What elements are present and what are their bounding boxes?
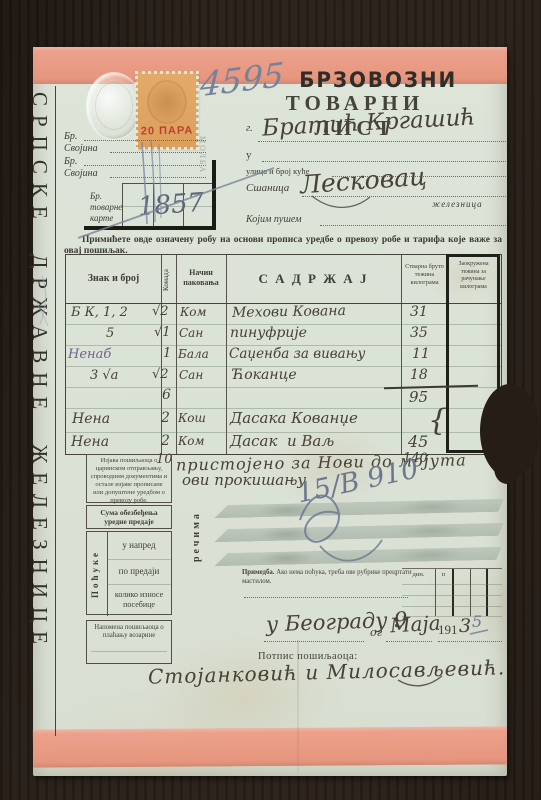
row2-tezina: 35 — [410, 325, 428, 341]
row5-tezina: 95 — [409, 388, 428, 406]
card-label-line2: товарне — [90, 202, 122, 213]
customs-declaration-box: Изјава пошиљаоца о царинском отправљању,… — [86, 454, 172, 503]
row6-znak: Нена — [72, 411, 110, 427]
charges-row-prepaid: у напред — [107, 540, 171, 550]
row4-nacin: Сан — [179, 368, 203, 382]
spine-railway-title: СРПСКЕ ДРЖАВНЕ ЖЕЛЕЗНИЦЕ — [28, 92, 52, 736]
to-label: у — [246, 149, 252, 161]
svojina2-label: Својина — [64, 168, 98, 179]
br2-label: Бр. — [64, 156, 77, 167]
charges-row-rule — [107, 559, 171, 560]
header-zaokruzena: Заокружена тежина за рачунање килограма — [449, 261, 498, 291]
freight-payment-note-text: Напомена пошиљаоца о плаћању возарине — [87, 624, 171, 641]
card-label-line1: Бр. — [90, 191, 122, 202]
br1-label: Бр. — [64, 131, 77, 142]
delivery-sum-line1: Сума обезбеђења — [87, 508, 171, 517]
br2-line — [84, 165, 206, 166]
embossed-seal — [86, 72, 142, 140]
remark-line — [244, 597, 408, 598]
mini-table-header-din: дин. — [402, 571, 435, 578]
header-bruto: Стварна бруто тежина килограма — [402, 263, 447, 287]
embossed-seal-inner-ring — [95, 82, 133, 130]
charges-row-ondelivery: по предаји — [107, 566, 171, 576]
date-place-handwritten: у Београду 9 — [266, 608, 408, 637]
card-label-line3: карте — [90, 213, 122, 224]
mini-table-row-rule — [402, 595, 502, 596]
document-title-line1: БРЗОВОЗНИ — [299, 68, 424, 92]
route-line — [320, 225, 506, 226]
date-line-2 — [386, 641, 432, 642]
remark-block: Примедба. Ако нема поћука, треба ове руб… — [242, 569, 412, 587]
svojina2-line — [110, 177, 206, 178]
row1-nacin: Ком — [180, 305, 206, 319]
header-sadrzaj: С А Д Р Ж А Ј — [226, 271, 401, 287]
station-line — [302, 196, 506, 197]
row4-znak: 3 √а — [90, 368, 118, 383]
mini-table-rule — [435, 569, 436, 616]
shipper-note-line2: ови прокишању — [182, 471, 306, 489]
bottom-pink-band — [33, 726, 507, 767]
card-thick-rule-vertical — [212, 160, 216, 230]
row4-tezina: 18 — [410, 367, 428, 383]
mini-table-thick-rule — [452, 569, 454, 616]
row7-znak: Нена — [71, 434, 109, 450]
date-line-1 — [264, 641, 364, 642]
row2-sadrzaj: пинуфрије — [230, 325, 307, 341]
row1-komada: √2 — [152, 304, 169, 319]
row7-tezina: 45 — [408, 432, 428, 451]
station-label: Сшаница — [246, 182, 289, 194]
row2-nacin: Сан — [179, 326, 203, 340]
row3-nacin: Бала — [178, 347, 209, 361]
freight-payment-note-box: Напомена пошиљаоца о плаћању возарине — [86, 620, 172, 664]
row4-sadrzaj: Ћоканце — [232, 367, 297, 383]
stamp-value-overprint: 20 ПАРА — [136, 124, 198, 137]
date-og-handwritten: ог — [370, 626, 382, 639]
rows-brace: { — [428, 403, 447, 438]
photo-of-waybill: СРПСКЕ ДРЖАВНЕ ЖЕЛЕЗНИЦЕ 20 ПАРА МОЛБА 4… — [0, 0, 541, 800]
br1-line — [84, 140, 206, 141]
row3-sadrzaj: Саџенба за вивању — [229, 346, 365, 362]
date-pencil-correction: 5 — [472, 612, 482, 631]
charges-box: Поћуке у напред по предаји колико износе… — [86, 531, 172, 615]
date-month-handwritten: Маја — [389, 611, 441, 638]
date-year-handwritten: 3 — [459, 615, 471, 637]
mini-table-row-rule — [402, 584, 502, 585]
revenue-stamp: 20 ПАРА — [136, 72, 198, 149]
stamp-emblem — [147, 80, 187, 124]
charges-row-rule — [107, 584, 171, 585]
card-label: Бр. товарне карте — [90, 191, 122, 223]
in-words-vertical-label: речима — [191, 504, 208, 570]
mini-table-header-para: п — [435, 571, 452, 578]
row5-komada: 6 — [162, 387, 171, 403]
row4-komada: √2 — [152, 367, 169, 382]
addressee-prefix-label: г. — [246, 122, 253, 134]
mini-table-rule — [470, 569, 471, 616]
freight-payment-note-line — [91, 651, 167, 652]
railway-label: железница — [432, 199, 483, 209]
stamp-watermark-text: МОЛБА — [198, 136, 207, 174]
charges-row-separately: колико износе посебице — [107, 590, 171, 610]
goods-table: Знак и број Комада Начин паковања С А Д … — [65, 254, 502, 455]
header-komada: Комада — [162, 259, 176, 301]
mini-table-thick-rule — [486, 569, 488, 616]
svojina1-line — [110, 152, 206, 153]
spine-divider-rule — [55, 86, 56, 736]
charges-vertical-label: Поћуке — [90, 538, 104, 610]
delivery-sum-line2: уредне предаје — [87, 517, 171, 526]
paper-crease — [297, 640, 299, 774]
amounts-mini-table: дин. п — [402, 568, 502, 616]
row3-znak: Ненаб — [68, 347, 111, 362]
row3-komada: 1 — [163, 346, 171, 361]
row7-nacin: Ком — [178, 434, 204, 448]
torn-edge-notch-small — [494, 452, 520, 484]
row6-sadrzaj: Дасака Кованџе — [230, 409, 358, 427]
row1-sadrzaj: Мехови Кована — [232, 303, 346, 321]
row2-komada: √1 — [154, 325, 171, 340]
date-line-3 — [438, 641, 502, 642]
remark-label: Примедба. — [242, 569, 274, 576]
row2-znak: 5 — [106, 326, 114, 341]
row7-sadrzaj: Дасак и Ваљ — [230, 432, 334, 450]
row6-nacin: Кош — [178, 411, 206, 425]
addressee-line — [258, 141, 506, 142]
header-nacin: Начин паковања — [176, 268, 226, 289]
row3-tezina: 11 — [412, 346, 430, 362]
svojina1-label: Својина — [64, 143, 98, 154]
row1-znak: Б К, 1, 2 — [71, 305, 128, 320]
row6-komada: 2 — [161, 410, 170, 426]
route-label: Којим пушем — [246, 214, 301, 225]
to-line — [262, 161, 506, 162]
delivery-sum-box: Сума обезбеђења уредне предаје — [86, 505, 172, 529]
header-znak: Знак и број — [66, 273, 161, 284]
row7-komada: 2 — [161, 433, 170, 449]
row1-tezina: 31 — [410, 304, 428, 320]
date-year-printed: 191 — [438, 622, 458, 638]
card-thick-rule-horizontal — [84, 226, 215, 230]
mini-table-row-rule — [402, 606, 502, 607]
card-number-handwritten: 1857 — [137, 188, 205, 223]
